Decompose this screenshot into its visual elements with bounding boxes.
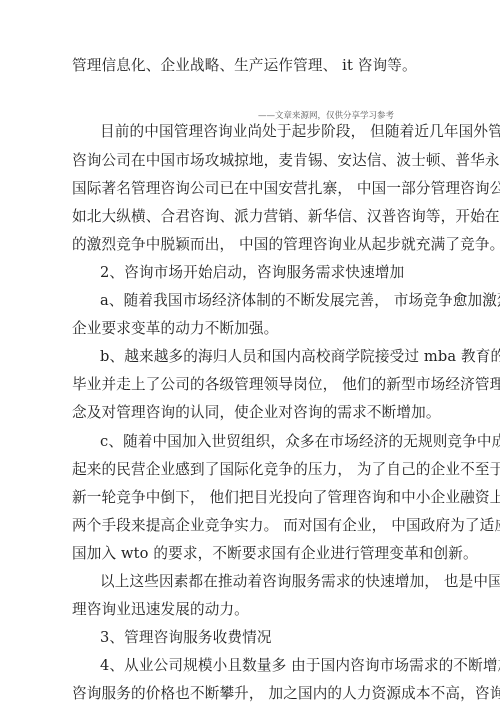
body-line: 毕业并走上了公司的各级管理领导岗位， 他们的新型市场经济管理 理	[72, 376, 492, 394]
paragraph-line: b、越来越多的海归人员和国内高校商学院接受过 mba 教育的学 生	[100, 348, 500, 366]
body-line: 咨询服务的价格也不断攀升， 加之国内的人力资源成本不高，咨询公司	[72, 685, 492, 703]
document-page: 管理信息化、企业战略、生产运作管理、 it 咨询等。 ——文章来源网，仅供分享学…	[0, 0, 500, 708]
body-line: 如北大纵横、合君咨询、派力营销、新华信、汉普咨询等，开始在 市场	[72, 208, 492, 226]
body-line: 的激烈竞争中脱颖而出， 中国的管理咨询业从起步就充满了竞争。	[72, 236, 492, 254]
body-line: 咨询公司在中国市场攻城掠地，麦肯锡、安达信、波士顿、普华永道 等	[72, 152, 492, 170]
section-heading: 2、咨询市场开始启动，咨询服务需求快速增加	[100, 264, 500, 282]
body-line: 国加入 wto 的要求，不断要求国有企业进行管理变革和创新。	[72, 545, 492, 563]
source-note: ——文章来源网，仅供分享学习参考	[258, 109, 394, 121]
paragraph-line: 目前的中国管理咨询业尚处于起步阶段， 但随着近几年国外管理	[100, 123, 500, 141]
body-line: 新一轮竞争中倒下， 他们把目光投向了管理咨询和中小企业融资上 市	[72, 489, 492, 507]
body-line: 念及对管理咨询的认同，使企业对咨询的需求不断增加。	[72, 404, 492, 422]
body-line: 企业要求变革的动力不断加强。	[72, 320, 492, 338]
paragraph-line: 以上这些因素都在推动着咨询服务需求的快速增加， 也是中国管	[100, 573, 500, 591]
section-heading: 3、管理咨询服务收费情况	[100, 629, 500, 647]
body-line: 两个手段来提高企业竞争实力。 而对国有企业， 中国政府为了适应 中	[72, 517, 492, 535]
paragraph-line: c、随着中国加入世贸组织，众多在市场经济的无规则竞争中成 长	[100, 433, 500, 451]
paragraph-line: a、随着我国市场经济体制的不断发展完善， 市场竞争愈加激烈，	[100, 292, 500, 310]
paragraph-line: 4、从业公司规模小且数量多 由于国内咨询市场需求的不断增加，	[100, 657, 500, 675]
body-line: 理咨询业迅速发展的动力。	[72, 601, 492, 619]
body-line: 国际著名管理咨询公司已在中国安营扎寨， 中国一部分管理咨询公 司	[72, 180, 492, 198]
body-line: 管理信息化、企业战略、生产运作管理、 it 咨询等。	[72, 57, 492, 75]
body-line: 起来的民营企业感到了国际化竞争的压力， 为了自己的企业不至于 在	[72, 461, 492, 479]
